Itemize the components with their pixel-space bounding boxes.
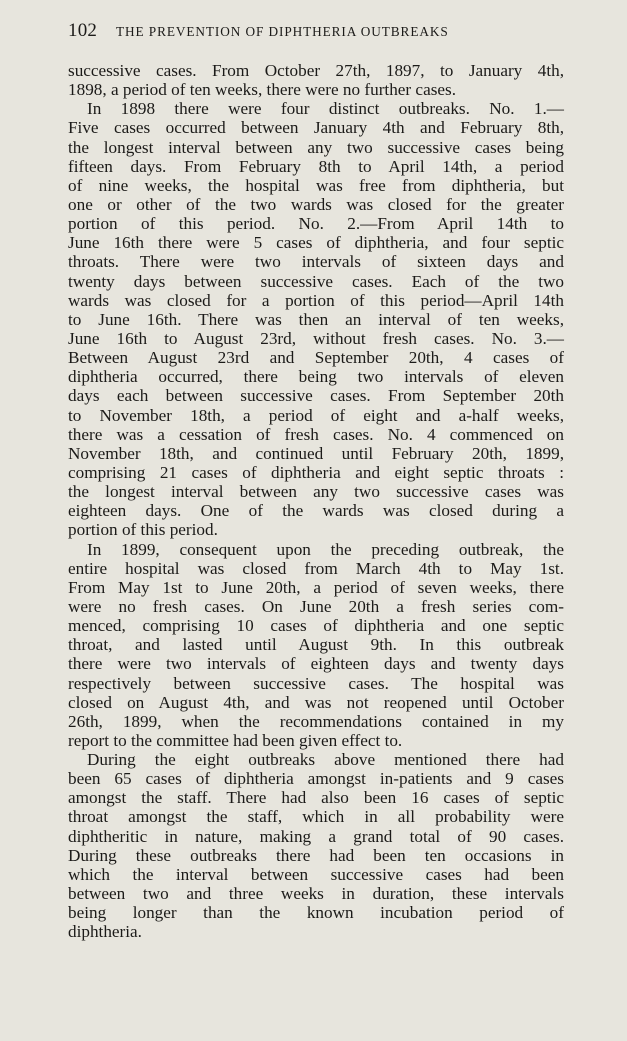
body-text: successive cases. From October 27th, 189… bbox=[68, 61, 564, 941]
paragraph: In 1899, consequent upon the preceding o… bbox=[68, 540, 564, 751]
text-line: diphtheria. bbox=[68, 922, 564, 941]
text-line: portion of this period. No. 2.—From Apri… bbox=[68, 214, 564, 233]
text-line: menced, comprising 10 cases of diphtheri… bbox=[68, 616, 564, 635]
text-line: During these outbreaks there had been te… bbox=[68, 846, 564, 865]
text-line: to November 18th, a period of eight and … bbox=[68, 406, 564, 425]
text-line: the longest interval between any two suc… bbox=[68, 482, 564, 501]
text-line: there was a cessation of fresh cases. No… bbox=[68, 425, 564, 444]
paragraph: successive cases. From October 27th, 189… bbox=[68, 61, 564, 99]
text-line: there were two intervals of eighteen day… bbox=[68, 654, 564, 673]
text-line: wards was closed for a portion of this p… bbox=[68, 291, 564, 310]
text-line: which the interval between successive ca… bbox=[68, 865, 564, 884]
text-line: amongst the staff. There had also been 1… bbox=[68, 788, 564, 807]
paragraph: During the eight outbreaks above mention… bbox=[68, 750, 564, 941]
text-line: fifteen days. From February 8th to April… bbox=[68, 157, 564, 176]
running-head: 102 THE PREVENTION OF DIPHTHERIA OUTBREA… bbox=[68, 20, 564, 44]
text-line: twenty days between successive cases. Ea… bbox=[68, 272, 564, 291]
text-line: November 18th, and continued until Febru… bbox=[68, 444, 564, 463]
text-line: portion of this period. bbox=[68, 520, 564, 539]
text-line: comprising 21 cases of diphtheria and ei… bbox=[68, 463, 564, 482]
text-line: 26th, 1899, when the recommendations con… bbox=[68, 712, 564, 731]
text-line: diphtheria occurred, there being two int… bbox=[68, 367, 564, 386]
text-line: days each between successive cases. From… bbox=[68, 386, 564, 405]
text-line: Five cases occurred between January 4th … bbox=[68, 118, 564, 137]
text-line: were no fresh cases. On June 20th a fres… bbox=[68, 597, 564, 616]
text-line: June 16th there were 5 cases of diphther… bbox=[68, 233, 564, 252]
paragraph: In 1898 there were four distinct outbrea… bbox=[68, 99, 564, 539]
text-line: of nine weeks, the hospital was free fro… bbox=[68, 176, 564, 195]
text-line: Between August 23rd and September 20th, … bbox=[68, 348, 564, 367]
text-line: between two and three weeks in duration,… bbox=[68, 884, 564, 903]
text-line: throat amongst the staff, which in all p… bbox=[68, 807, 564, 826]
text-line: 1898, a period of ten weeks, there were … bbox=[68, 80, 564, 99]
text-line: eighteen days. One of the wards was clos… bbox=[68, 501, 564, 520]
text-line: throats. There were two intervals of six… bbox=[68, 252, 564, 271]
text-line: to June 16th. There was then an interval… bbox=[68, 310, 564, 329]
running-title: THE PREVENTION OF DIPHTHERIA OUTBREAKS bbox=[116, 24, 449, 40]
text-line: successive cases. From October 27th, 189… bbox=[68, 61, 564, 80]
text-line: diphtheritic in nature, making a grand t… bbox=[68, 827, 564, 846]
text-line: report to the committee had been given e… bbox=[68, 731, 564, 750]
book-page: 102 THE PREVENTION OF DIPHTHERIA OUTBREA… bbox=[68, 20, 564, 941]
text-line: June 16th to August 23rd, without fresh … bbox=[68, 329, 564, 348]
text-line: being longer than the known incubation p… bbox=[68, 903, 564, 922]
text-line: During the eight outbreaks above mention… bbox=[68, 750, 564, 769]
text-line: the longest interval between any two suc… bbox=[68, 138, 564, 157]
text-line: throat, and lasted until August 9th. In … bbox=[68, 635, 564, 654]
text-line: been 65 cases of diphtheria amongst in-p… bbox=[68, 769, 564, 788]
text-line: In 1898 there were four distinct outbrea… bbox=[68, 99, 564, 118]
text-line: one or other of the two wards was closed… bbox=[68, 195, 564, 214]
text-line: entire hospital was closed from March 4t… bbox=[68, 559, 564, 578]
text-line: closed on August 4th, and was not reopen… bbox=[68, 693, 564, 712]
text-line: From May 1st to June 20th, a period of s… bbox=[68, 578, 564, 597]
page-number: 102 bbox=[68, 20, 108, 42]
text-line: In 1899, consequent upon the preceding o… bbox=[68, 540, 564, 559]
text-line: respectively between successive cases. T… bbox=[68, 674, 564, 693]
